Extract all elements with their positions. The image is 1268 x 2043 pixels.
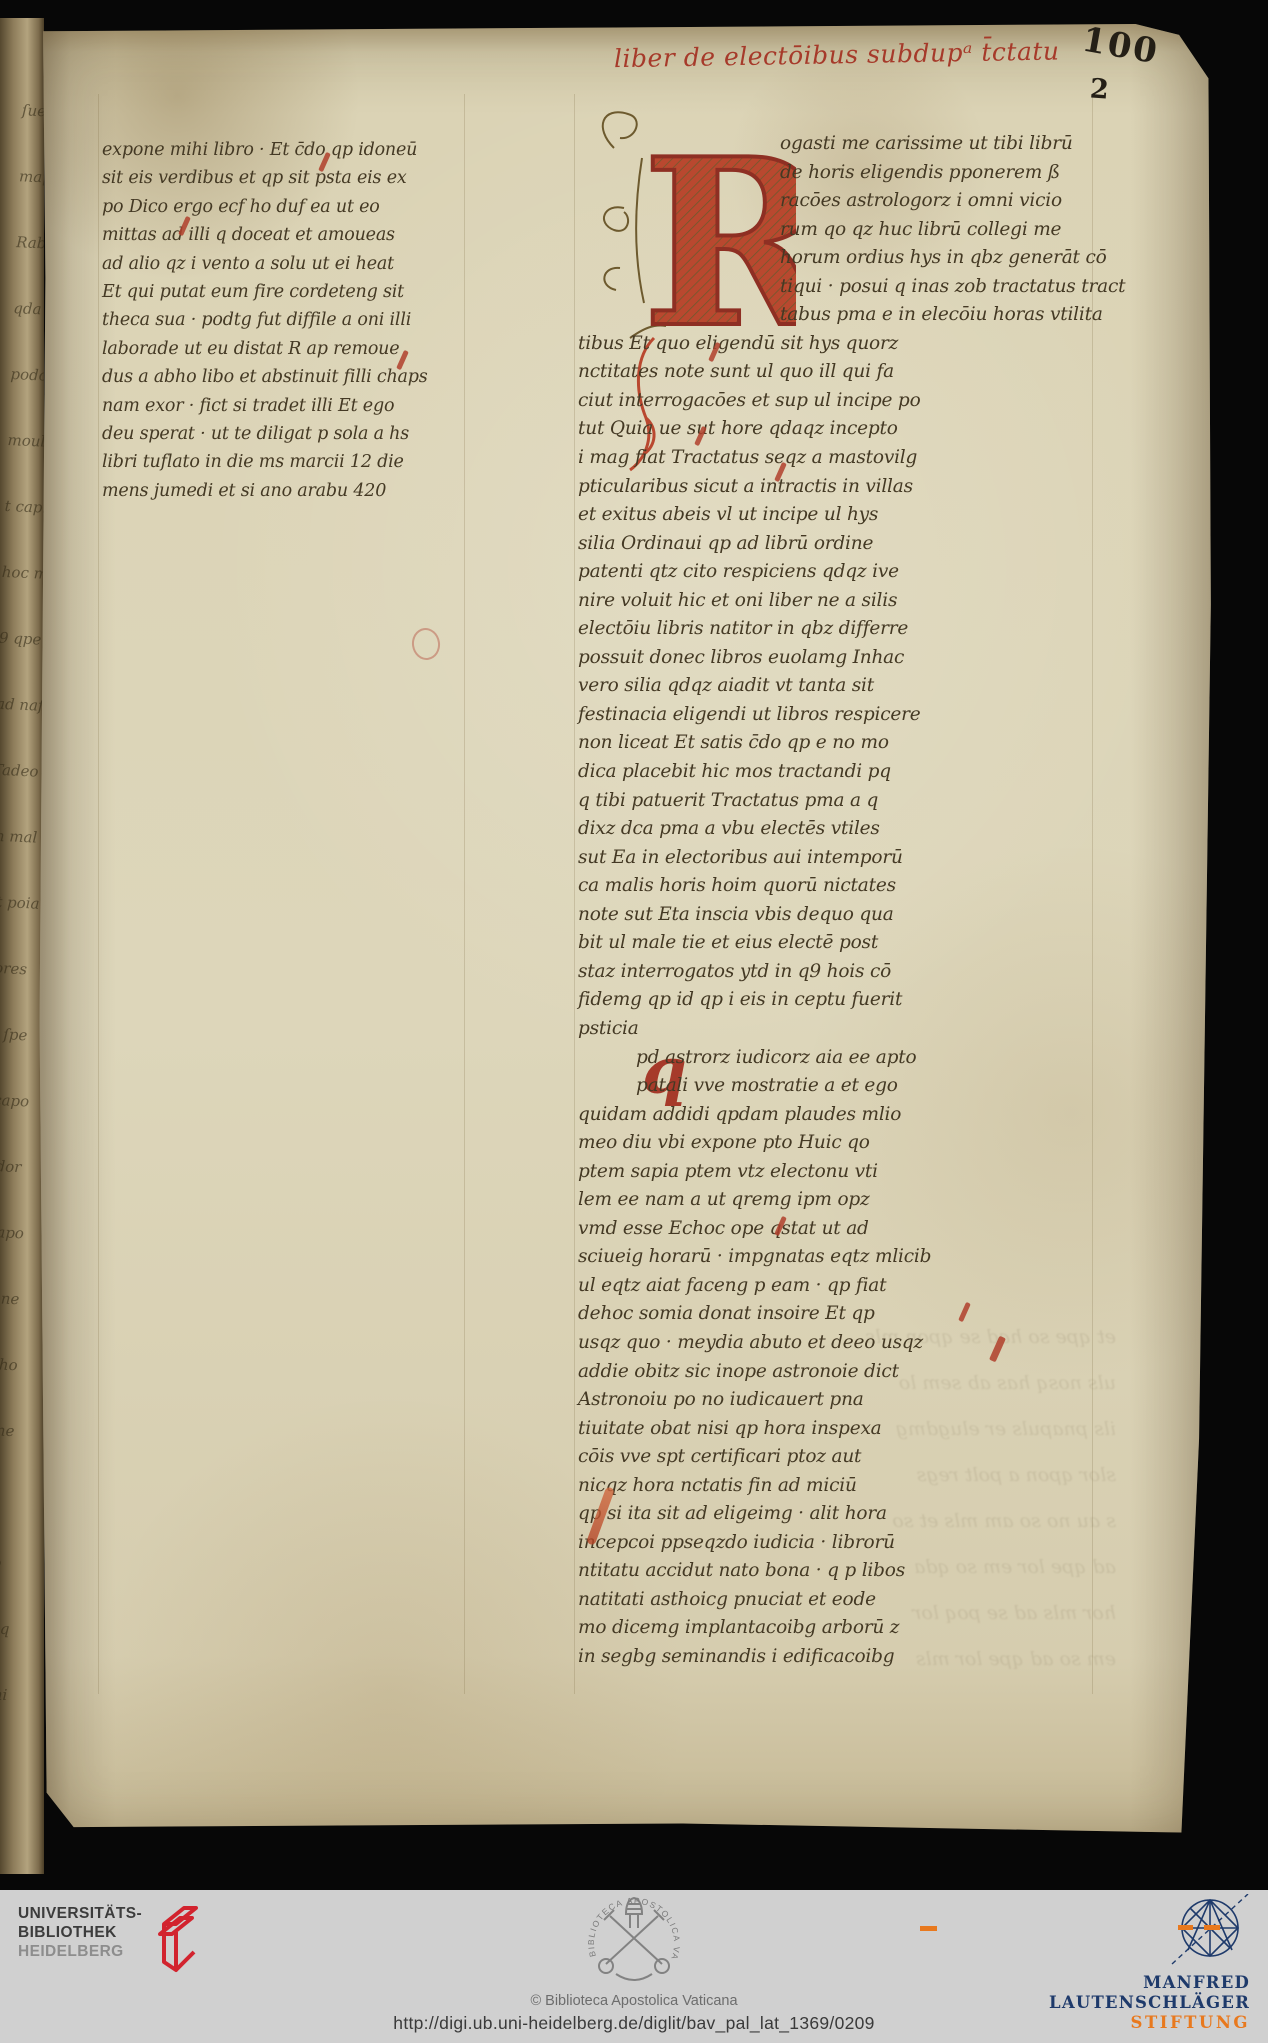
gutter-text-fragment: flor ani: [0, 1660, 24, 1729]
gutter-text-fragment: hoca b: [0, 1726, 21, 1795]
manuscript-line: i mag fiat Tractatus seqz a mastovilg: [578, 444, 1094, 473]
gutter-text-fragment: ſue: [21, 77, 44, 146]
gutter-text-fragment: 9 qpe: [0, 605, 44, 674]
manuscript-line: laborade ut eu distat R ap remoue: [102, 335, 462, 363]
manuscript-line: horum ordius hys in qbz generāt cō: [780, 244, 1094, 273]
gutter-text-fragment: lugdo: [0, 1528, 30, 1597]
manuscript-line: qp si ita sit ad eligeimg · alit hora: [578, 1500, 1094, 1529]
manuscript-line: mo dicemg implantacoibg arborū z: [578, 1614, 1094, 1643]
manuscript-line: Astronoiu po no iudicauert pna: [578, 1386, 1094, 1415]
manuscript-line: deu sperat · ut te diligat p sola a hs: [102, 420, 462, 448]
manuscript-line: quidam addidi qpdam plaudes mlio: [578, 1101, 1094, 1130]
manuscript-line: sciueig horarū · impgnatas eqtz mlicib: [578, 1243, 1094, 1272]
manuscript-line: staz interrogatos ytd in q9 hois cō: [578, 958, 1094, 987]
manuscript-photo: ſuemaplaRabaſaleqda ſpepodolgmouldt capi…: [0, 0, 1268, 2043]
manuscript-line: dus a abho libo et abstinuit filli chaps: [102, 363, 462, 391]
manuscript-line: sut Ea in electoribus aui intemporū: [578, 844, 1094, 873]
manuscript-line: nam exor · fict si tradet illi Et ego: [102, 392, 462, 420]
manuscript-line: dixz dca pma a vbu electēs vtiles: [578, 815, 1094, 844]
manuscript-line: pd astrorz iudicorz aia ee apto: [636, 1044, 1094, 1073]
manuscript-line: tibus Et quo eligendū sit hys quorz: [578, 330, 1094, 359]
manuscript-line: tabus pma e in elecōiu horas vtilita: [780, 301, 1094, 330]
gutter-text-fragment: ab apo: [0, 1198, 44, 1267]
manuscript-line: tut Quia ue sut hore qdaqz incepto: [578, 415, 1094, 444]
manuscript-line: q tibi patuerit Tractatus pma a q: [578, 787, 1094, 816]
manuscript-line: sit eis verdibus et qp sit psta eis ex: [102, 164, 462, 192]
manuscript-line: et exitus abeis vl ut incipe ul hys: [578, 501, 1094, 530]
manuscript-line: lem ee nam a ut qremg ipm opz: [578, 1186, 1094, 1215]
gutter-text-fragment: more q: [0, 1594, 27, 1663]
faint-red-circle: [410, 626, 442, 662]
manuscript-line: nctitates note sunt ul quo ill qui fa: [578, 358, 1094, 387]
footer-band: UNIVERSITÄTS- BIBLIOTHEK HEIDELBERG: [0, 1890, 1268, 2043]
manuscript-line: bit ul male tie et eius electē post: [578, 929, 1094, 958]
gutter-text-fragment: ur ſpe: [0, 1000, 44, 1069]
manuscript-line: nicqz hora nctatis fin ad miciū: [578, 1472, 1094, 1501]
ub-book-icon: [150, 1904, 202, 1976]
gutter-text-fragment: hores: [0, 934, 44, 1003]
manuscript-line: ptem sapia ptem vtz electonu vti: [578, 1158, 1094, 1187]
manuscript-line: ntitatu accidut nato bona · q p libos: [578, 1557, 1094, 1586]
gutter-text-fragment: ad naſoe: [0, 671, 44, 740]
manuscript-line: mens jumedi et si ano arabu 420: [102, 477, 462, 505]
ml-stiftung-logo: MANFRED LAUTENSCHLÄGER STIFTUNG: [1049, 1894, 1250, 2033]
ub-line3: HEIDELBERG: [18, 1942, 142, 1961]
gutter-text-fragment: mould: [6, 407, 44, 476]
manuscript-line: de horis eligendis pponerem ß: [780, 159, 1094, 188]
manuscript-line: fidemg qp id qp i eis in ceptu fuerit: [578, 986, 1094, 1015]
gutter-text-fragment: podolg: [9, 341, 44, 410]
manuscript-line: racōes astrologorz i omni vicio: [780, 187, 1094, 216]
quire-mark: 2: [1089, 73, 1110, 105]
ub-line1: UNIVERSITÄTS-: [18, 1904, 142, 1923]
gutter-text-fragment: mls ne: [0, 1396, 36, 1465]
ml-compass-icon: [1166, 1894, 1250, 1966]
manuscript-line: addie obitz sic inope astronoie dict: [578, 1358, 1094, 1387]
manuscript-line: dica placebit hic mos tractandi pq: [578, 758, 1094, 787]
manuscript-line: Et qui putat eum fire cordeteng sit: [102, 278, 462, 306]
ub-heidelberg-logo: UNIVERSITÄTS- BIBLIOTHEK HEIDELBERG: [18, 1904, 202, 1976]
manuscript-line: cōis vve spt certificari ptoz aut: [578, 1443, 1094, 1472]
manuscript-line: libri tuflato in die ms marcii 12 die: [102, 448, 462, 476]
manuscript-line: electōiu libris natitor in qbz differre: [578, 615, 1094, 644]
manuscript-line: dehoc somia donat insoire Et qp: [578, 1300, 1094, 1329]
manuscript-line: ul eqtz aiat faceng p eam · qp fiat: [578, 1272, 1094, 1301]
manuscript-line: tiuitate obat nisi qp hora inspexa: [578, 1415, 1094, 1444]
gutter-text-fragment: 9 caho: [0, 1330, 39, 1399]
manuscript-line: pticularibus sicut a intractis in villas: [578, 473, 1094, 502]
rubric-heading: liber de electōibus subdupᵃ t̄ctatu: [614, 36, 1094, 73]
manuscript-line: patali vve mostratie a et ego: [636, 1072, 1094, 1101]
vatican-seal-icon: BIBLIOTECA APOSTOLICA VATICANA: [586, 1894, 682, 1992]
ml-line3: STIFTUNG: [1049, 2013, 1250, 2033]
manuscript-line: mittas ad illi q doceat et amoueas: [102, 221, 462, 249]
gutter-text-fragment: t capi: [3, 473, 44, 542]
gutter-text-fragment: q capo: [0, 1066, 44, 1135]
manuscript-page: et qpe so had se qpon mlsuls nosq has ab…: [36, 24, 1212, 1838]
book-gutter-pages: ſuemaplaRabaſaleqda ſpepodolgmouldt capi…: [0, 18, 44, 1874]
manuscript-line: ad alio qz i vento a solu ut ei heat: [102, 250, 462, 278]
manuscript-line: nire voluit hic et oni liber ne a silis: [578, 587, 1094, 616]
manuscript-line: psticia: [578, 1015, 1094, 1044]
seal-curved-text: BIBLIOTECA APOSTOLICA VATICANA: [586, 1894, 682, 1961]
gutter-text-fragment: qda ſpe: [12, 275, 44, 344]
manuscript-line: note sut Eta inscia vbis dequo qua: [578, 901, 1094, 930]
manuscript-line: vero silia qdqz aiadit vt tanta sit: [578, 672, 1094, 701]
gutter-text-fragment: m mal: [0, 803, 44, 872]
gutter-text-fragment: Tadeo: [0, 737, 44, 806]
manuscript-line: silia Ordinaui qp ad librū ordine: [578, 530, 1094, 559]
manuscript-line: ca malis horis hoim quorū nictates: [578, 872, 1094, 901]
ub-line2: BIBLIOTHEK: [18, 1923, 142, 1942]
right-text-column: ogasti me carissime ut tibi librūde hori…: [578, 130, 1094, 1672]
gutter-text-fragment: hor ne: [0, 1264, 42, 1333]
manuscript-line: patenti qtz cito respiciens qdqz ive: [578, 558, 1094, 587]
manuscript-line: usqz quo · meydia abuto et deeo usqz: [578, 1329, 1094, 1358]
manuscript-line: rum qo qz huc librū collegi me: [780, 216, 1094, 245]
manuscript-line: incepcoi ppseqzdo iudicia · librorū: [578, 1529, 1094, 1558]
manuscript-line: festinacia eligendi ut libros respicere: [578, 701, 1094, 730]
manuscript-line: natitati asthoicg pnuciat et eode: [578, 1586, 1094, 1615]
svg-text:BIBLIOTECA APOSTOLICA VATICANA: BIBLIOTECA APOSTOLICA VATICANA: [586, 1894, 682, 1961]
manuscript-line: theca sua · podtg fut diffile a oni illi: [102, 306, 462, 334]
manuscript-line: expone mihi libro · Et c̄do qp idoneū: [102, 136, 462, 164]
manuscript-line: ogasti me carissime ut tibi librū: [780, 130, 1094, 159]
gutter-text-fragment: Tudor: [0, 1132, 44, 1201]
manuscript-line: ciut interrogacōes et sup ul incipe po: [578, 387, 1094, 416]
gutter-text-fragment: Rabaſale: [15, 209, 44, 278]
ml-line2: LAUTENSCHLÄGER: [1049, 1993, 1250, 2013]
manuscript-line: po Dico ergo ecf ho duf ea ut eo: [102, 193, 462, 221]
gutter-text-fragments: ſuemaplaRabaſaleqda ſpepodolgmouldt capi…: [0, 77, 44, 1794]
manuscript-line: tiqui · posui q inas zob tractatus tract: [780, 273, 1094, 302]
gutter-text-fragment: ful w: [0, 1462, 33, 1531]
left-text-column: expone mihi libro · Et c̄do qp idoneūsit…: [102, 136, 462, 505]
manuscript-line: meo diu vbi expone pto Huic qo: [578, 1129, 1094, 1158]
orange-dash: [920, 1926, 937, 1931]
manuscript-line: possuit donec libros euolamg Inhac: [578, 644, 1094, 673]
ml-line1: MANFRED: [1049, 1973, 1250, 1993]
manuscript-line: vmd esse Echoc ope qstat ut ad: [578, 1215, 1094, 1244]
manuscript-line: non liceat Et satis c̄do qp e no mo: [578, 729, 1094, 758]
gutter-text-fragment: mapla: [18, 143, 44, 212]
manuscript-line: in segbg seminandis i edificacoibg: [578, 1643, 1094, 1672]
gutter-text-fragment: hoc ml: [0, 539, 44, 608]
gutter-text-fragment: et poia: [0, 869, 44, 938]
